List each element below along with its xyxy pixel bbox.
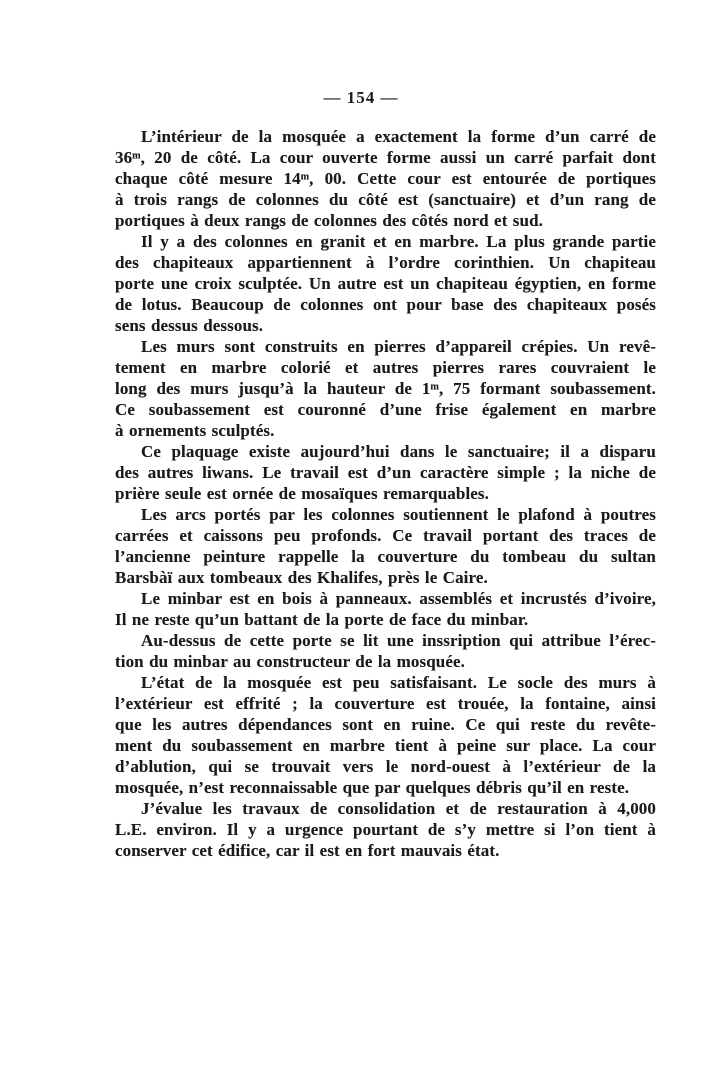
text-block: L’intérieur de la mosquée a exactement l… [115, 126, 656, 861]
text-line: à ornements sculptés. [115, 420, 656, 441]
text-line: Barsbàï aux tombeaux des Khalifes, près … [115, 567, 656, 588]
text-line: Il y a des colonnes en granit et en marb… [115, 231, 656, 252]
text-line: Il ne reste qu’un battant de la porte de… [115, 609, 656, 630]
text-line: des chapiteaux appartiennent à l’ordre c… [115, 252, 656, 273]
text-line: d’ablution, qui se trouvait vers le nord… [115, 756, 656, 777]
text-line: ment du soubassement en marbre tient à p… [115, 735, 656, 756]
document-page: — 154 — L’intérieur de la mosquée a exac… [0, 0, 720, 1078]
text-line: chaque côté mesure 14ᵐ, 00. Cette cour e… [115, 168, 656, 189]
text-line: long des murs jusqu’à la hauteur de 1ᵐ, … [115, 378, 656, 399]
text-line: porte une croix sculptée. Un autre est u… [115, 273, 656, 294]
text-line: 36ᵐ, 20 de côté. La cour ouverte forme a… [115, 147, 656, 168]
text-line: mosquée, n’est reconnaissable que par qu… [115, 777, 656, 798]
text-line: que les autres dépendances sont en ruine… [115, 714, 656, 735]
text-line: Les arcs portés par les colonnes soutien… [115, 504, 656, 525]
text-line: L.E. environ. Il y a urgence pourtant de… [115, 819, 656, 840]
text-line: à trois rangs de colonnes du côté est (s… [115, 189, 656, 210]
text-line: L’état de la mosquée est peu satisfaisan… [115, 672, 656, 693]
text-line: J’évalue les travaux de consolidation et… [115, 798, 656, 819]
text-line: Le minbar est en bois à panneaux. assemb… [115, 588, 656, 609]
text-line: Ce plaquage existe aujourd’hui dans le s… [115, 441, 656, 462]
text-line: Les murs sont construits en pierres d’ap… [115, 336, 656, 357]
text-line: sens dessus dessous. [115, 315, 656, 336]
text-line: carrées et caissons peu profonds. Ce tra… [115, 525, 656, 546]
text-line: Ce soubassement est couronné d’une frise… [115, 399, 656, 420]
text-line: portiques à deux rangs de colonnes des c… [115, 210, 656, 231]
text-line: conserver cet édifice, car il est en for… [115, 840, 656, 861]
text-line: tement en marbre colorié et autres pierr… [115, 357, 656, 378]
text-line: l’extérieur est effrité ; la couverture … [115, 693, 656, 714]
page-number: — 154 — [33, 88, 689, 108]
text-line: Au-dessus de cette porte se lit une inss… [115, 630, 656, 651]
text-line: L’intérieur de la mosquée a exactement l… [115, 126, 656, 147]
text-line: prière seule est ornée de mosaïques rema… [115, 483, 656, 504]
text-line: tion du minbar au constructeur de la mos… [115, 651, 656, 672]
text-line: de lotus. Beaucoup de colonnes ont pour … [115, 294, 656, 315]
text-line: l’ancienne peinture rappelle la couvertu… [115, 546, 656, 567]
text-line: des autres liwans. Le travail est d’un c… [115, 462, 656, 483]
